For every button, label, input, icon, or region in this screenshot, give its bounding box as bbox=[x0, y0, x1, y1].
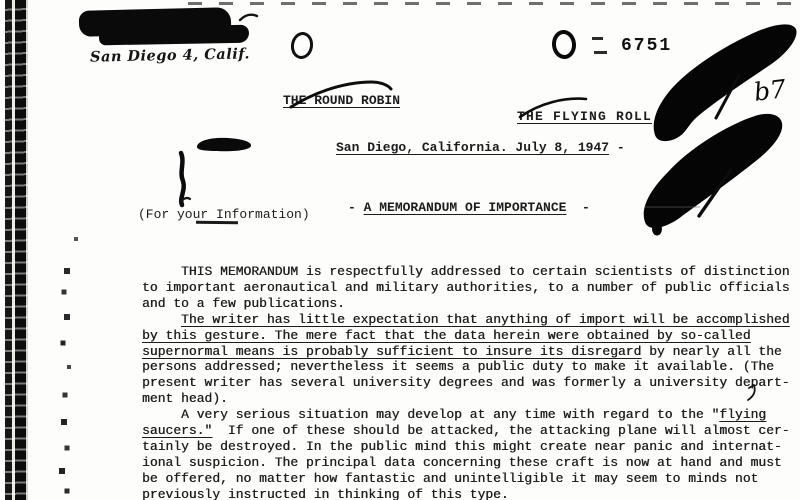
memo-heading-trail: - bbox=[566, 200, 589, 215]
body-segment: A very serious situation may develop at … bbox=[142, 407, 719, 422]
for-your-information-label: (For your Information) bbox=[138, 207, 310, 222]
body-line: to important aeronautical and military a… bbox=[142, 280, 797, 296]
memo-heading: - A MEMORANDUM OF IMPORTANCE - bbox=[348, 200, 590, 215]
body-segment: THIS MEMORANDUM is respectfully addresse… bbox=[142, 264, 790, 279]
body-line: tainly be destroyed. In the public mind … bbox=[142, 439, 797, 455]
body-segment: previously instructed in thinking of thi… bbox=[142, 487, 509, 500]
body-line: previously instructed in thinking of thi… bbox=[142, 487, 797, 500]
pen-tick-icon bbox=[180, 198, 190, 202]
body-segment: ional suspicion. The principal data conc… bbox=[142, 455, 782, 470]
body-line: and to a few publications. bbox=[142, 296, 797, 312]
memo-heading-text: A MEMORANDUM OF IMPORTANCE bbox=[364, 200, 567, 215]
document-number: 6751 bbox=[621, 36, 672, 56]
body-line: present writer has several university de… bbox=[142, 375, 797, 391]
dateline: San Diego, California. July 8, 1947 - bbox=[336, 140, 625, 155]
body-segment-underlined: by this gesture. The mere fact that the … bbox=[142, 328, 751, 343]
body-segment: ment head). bbox=[142, 391, 228, 406]
body-line: persons addressed; nevertheless it seems… bbox=[142, 359, 797, 375]
body-line: by this gesture. The mere fact that the … bbox=[142, 328, 797, 344]
body-segment: to important aeronautical and military a… bbox=[142, 280, 790, 295]
circle-mark-icon bbox=[289, 30, 315, 60]
body-line: The writer has little expectation that a… bbox=[142, 312, 797, 328]
scan-edge-left bbox=[0, 0, 30, 500]
scan-edge-top bbox=[188, 2, 798, 5]
ink-dot-icon bbox=[652, 223, 662, 236]
body-line: THIS MEMORANDUM is respectfully addresse… bbox=[142, 264, 797, 280]
body-line: be offered, no matter how fantastic and … bbox=[142, 471, 797, 487]
body-segment-underlined: saucers." bbox=[142, 423, 212, 438]
body-segment: If one of these should be attacked, the … bbox=[212, 423, 789, 438]
body-segment: by nearly all the bbox=[641, 344, 781, 359]
circle-mark-icon bbox=[551, 29, 577, 60]
title-round-robin: THE ROUND ROBIN bbox=[283, 93, 400, 108]
body-line: ional suspicion. The principal data conc… bbox=[142, 455, 797, 471]
scanned-memo-page: San Diego 4, Calif. 6751 b7 THE ROUND RO… bbox=[0, 0, 800, 500]
body-segment: tainly be destroyed. In the public mind … bbox=[142, 439, 782, 454]
body-line: ment head). bbox=[142, 391, 797, 407]
redaction-bar bbox=[99, 25, 249, 46]
dateline-trailing: - bbox=[609, 140, 625, 155]
body-segment-underlined: The writer has little expectation that a… bbox=[181, 312, 790, 327]
body-line: saucers." If one of these should be atta… bbox=[142, 423, 797, 439]
underscore-dash-icon bbox=[592, 37, 603, 40]
body-segment-underlined: flying bbox=[719, 407, 766, 422]
city-stamp: San Diego 4, Calif. bbox=[90, 45, 250, 65]
margin-specks bbox=[0, 0, 2, 2]
handwritten-b7-note: b7 bbox=[752, 74, 787, 107]
ink-streak bbox=[181, 153, 184, 205]
body-segment bbox=[142, 312, 181, 327]
body-segment: present writer has several university de… bbox=[142, 375, 790, 390]
pen-slash-lower bbox=[699, 170, 731, 216]
underscore-dash-icon bbox=[594, 51, 607, 54]
body-line: A very serious situation may develop at … bbox=[142, 407, 797, 423]
title-flying-roll: THE FLYING ROLL bbox=[517, 109, 652, 124]
pen-underline-mark bbox=[196, 221, 238, 224]
pen-slash-upper bbox=[716, 75, 739, 118]
dateline-text: San Diego, California. July 8, 1947 bbox=[336, 140, 609, 155]
redaction-blob-lower bbox=[644, 114, 783, 228]
body-segment: and to a few publications. bbox=[142, 296, 345, 311]
body-segment: persons addressed; nevertheless it seems… bbox=[142, 359, 774, 374]
memo-heading-lead: - bbox=[348, 200, 364, 215]
body-text: THIS MEMORANDUM is respectfully addresse… bbox=[142, 264, 797, 500]
ink-blot bbox=[197, 138, 251, 151]
body-segment-underlined: supernormal means is probably sufficient… bbox=[142, 344, 641, 359]
body-line: supernormal means is probably sufficient… bbox=[142, 344, 797, 360]
pen-tick-icon bbox=[240, 15, 257, 20]
body-segment: be offered, no matter how fantastic and … bbox=[142, 471, 758, 486]
